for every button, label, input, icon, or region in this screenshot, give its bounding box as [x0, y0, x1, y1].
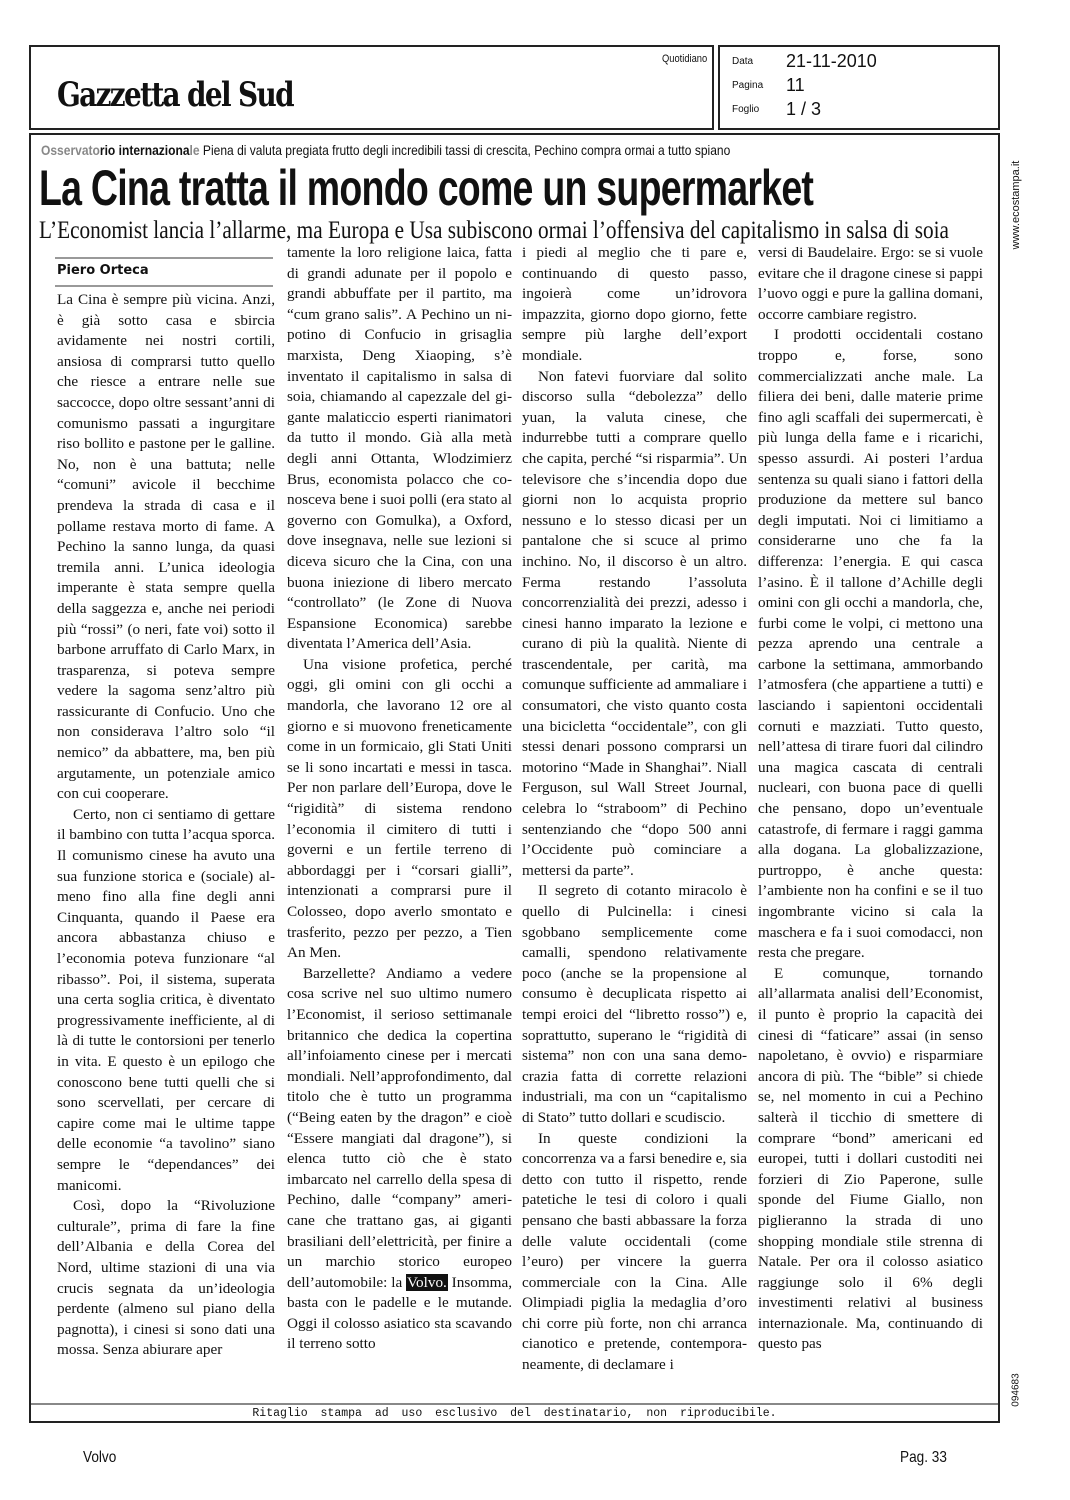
article-column-2: tamente la loro religione lai­ca, fatta … [287, 243, 512, 1355]
newspaper-masthead: Gazzetta del Sud [57, 75, 293, 115]
footer-keyword: Volvo [83, 1449, 116, 1467]
paragraph: Così, dopo la “Rivoluzione culturale”, p… [57, 1196, 275, 1361]
article-headline: La Cina tratta il mondo come un supermar… [39, 163, 813, 213]
paragraph: Certo, non ci sentiamo di gettare il bam… [57, 805, 275, 1196]
byline-rule-bottom [55, 285, 273, 287]
meta-date: Data21-11-2010 [732, 51, 877, 72]
clipping-code-text: 094683 [1011, 1373, 1022, 1406]
paragraph: tamente la loro religione lai­ca, fatta … [287, 243, 512, 655]
article-column-4: versi di Baudelaire. Ergo: se si vuole e… [758, 243, 983, 1355]
article-byline: Piero Orteca [57, 263, 149, 278]
meta-page-label: Pagina [732, 80, 786, 91]
meta-sheet-label: Foglio [732, 104, 786, 115]
kicker-section-part1: Osservato [41, 142, 100, 158]
paragraph: Non fatevi fuorviare dal solito discorso… [522, 367, 747, 882]
watermark-text: www.ecostampa.it [1010, 161, 1022, 250]
ecostampa-watermark: www.ecostampa.it [1006, 145, 1026, 265]
article-column-1: La Cina è sempre più vicina. Anzi, è già… [57, 290, 275, 1361]
article-kicker: Osservatorio internazionale Piena di val… [41, 142, 730, 158]
paragraph: E comunque, tornando all’allarmata anali… [758, 964, 983, 1355]
article-column-3: i piedi al meglio che ti pare e, continu… [522, 243, 747, 1376]
issue-meta-box: Data21-11-2010 Pagina11 Foglio1 / 3 [718, 45, 1000, 130]
footer-page-number: Pag. 33 [900, 1449, 947, 1467]
byline-rule-top [55, 257, 273, 259]
paragraph: In queste condizioni la concorrenza va a… [522, 1129, 747, 1376]
paragraph: La Cina è sempre più vicina. Anzi, è già… [57, 290, 275, 805]
paragraph: i piedi al meglio che ti pare e, continu… [522, 243, 747, 367]
paragraph: versi di Baudelaire. Ergo: se si vuole e… [758, 243, 983, 325]
paragraph: Il segreto di cotanto mira­colo è quello… [522, 881, 747, 1128]
disclaimer-divider [31, 1403, 998, 1405]
reproduction-disclaimer: Ritaglio stampa ad uso esclusivo del des… [31, 1407, 998, 1420]
kicker-section-part3: le [190, 142, 200, 158]
clipping-code: 094683 [1006, 1360, 1026, 1420]
article-clipping: Osservatorio internazionale Piena di val… [29, 133, 1000, 1423]
kicker-text: Piena di valuta pregiata frutto degli in… [200, 142, 731, 158]
frequency-label: Quotidiano [662, 53, 707, 65]
kicker-section-part2: rio internaziona [100, 142, 190, 158]
meta-page-value: 11 [786, 75, 805, 95]
article-subheadline: L’Economist lancia l’allarme, ma Europa … [39, 218, 949, 243]
meta-page: Pagina11 [732, 75, 805, 96]
meta-sheet-value: 1 / 3 [786, 99, 821, 119]
meta-sheet: Foglio1 / 3 [732, 99, 821, 120]
paragraph: I prodotti occidentali co­stano troppo e… [758, 325, 983, 963]
highlighted-keyword: Volvo. [406, 1274, 448, 1291]
meta-date-value: 21-11-2010 [786, 51, 877, 71]
paragraph-text: Barzellette? Andiamo a vedere cosa scriv… [287, 965, 512, 1291]
paragraph: Una visione profetica, per­ché oggi, gli… [287, 655, 512, 964]
masthead-box: Gazzetta del Sud Quotidiano [29, 45, 714, 130]
meta-date-label: Data [732, 56, 786, 67]
paragraph-with-highlight: Barzellette? Andiamo a vedere cosa scriv… [287, 964, 512, 1355]
